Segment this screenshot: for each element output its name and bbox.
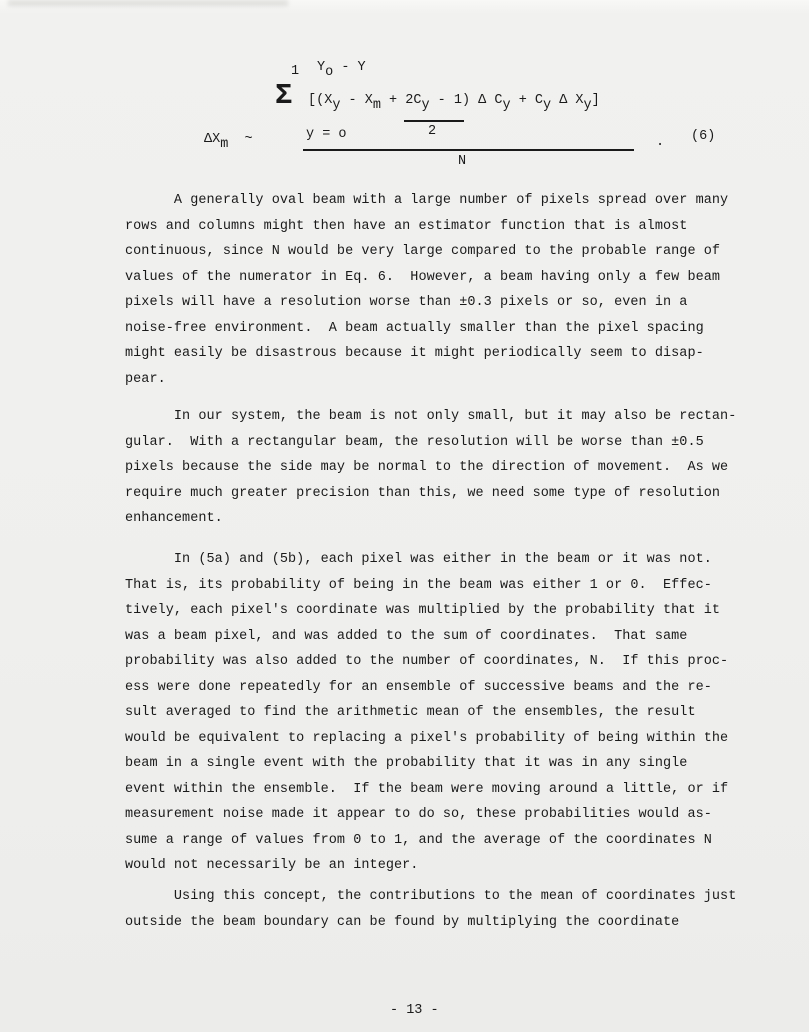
summand-text: [(X (308, 93, 332, 108)
text-line: require much greater precision than this… (125, 481, 736, 507)
text-line: In (5a) and (5b), each pixel was either … (125, 547, 728, 573)
fraction-bar-small (404, 120, 464, 122)
text-line: Using this concept, the contributions to… (125, 884, 736, 910)
summand-text: Δ X (551, 93, 583, 108)
summand-text: - X (340, 93, 372, 108)
summand-text: + (381, 93, 405, 108)
text-line: would be equivalent to replacing a pixel… (125, 726, 728, 752)
text-line: That is, its probability of being in the… (125, 573, 728, 599)
equation-summand: [(Xy - Xm + 2Cy - 1) Δ Cy + Cy Δ Xy] (308, 93, 600, 109)
text-line: beam in a single event with the probabil… (125, 751, 728, 777)
approx-tilde: ~ (245, 132, 253, 147)
equation-sum-lower-limit: y = o (306, 127, 347, 143)
text-line: ess were done repeatedly for an ensemble… (125, 675, 728, 701)
lhs-base: ΔX (204, 132, 220, 147)
text-line: continuous, since N would be very large … (125, 239, 728, 265)
text-line: outside the beam boundary can be found b… (125, 910, 736, 936)
fraction-bar-main (303, 149, 634, 151)
summation-sigma: Σ (275, 79, 292, 113)
text-line: A generally oval beam with a large numbe… (125, 188, 728, 214)
upper-limit-rest: - Y (333, 60, 365, 75)
text-line: probability was also added to the number… (125, 649, 728, 675)
text-line: values of the numerator in Eq. 6. Howeve… (125, 265, 728, 291)
paragraph-2: In our system, the beam is not only smal… (125, 404, 736, 532)
text-line: rows and columns might then have an esti… (125, 214, 728, 240)
document-page: 1 Yo - Y Σ [(Xy - Xm + 2Cy - 1) Δ Cy + C… (0, 0, 809, 1032)
subscript-y: y (584, 98, 592, 113)
text-line: enhancement. (125, 506, 736, 532)
text-line: pixels will have a resolution worse than… (125, 290, 728, 316)
text-line: sume a range of values from 0 to 1, and … (125, 828, 728, 854)
subscript-m: m (373, 98, 381, 113)
page-number: - 13 - (390, 998, 439, 1023)
equation-sum-superscript: 1 (291, 64, 299, 80)
fraction-denominator-N: N (458, 154, 466, 170)
equation-sum-upper-limit: Yo - Y (317, 60, 366, 76)
subscript-y: y (502, 98, 510, 113)
text-line: event within the ensemble. If the beam w… (125, 777, 728, 803)
text-line: In our system, the beam is not only smal… (125, 404, 736, 430)
text-line: measurement noise made it appear to do s… (125, 802, 728, 828)
subscript-y: y (421, 98, 429, 113)
subscript-y: y (543, 98, 551, 113)
summand-text: ] (592, 93, 600, 108)
lhs-subscript: m (220, 137, 228, 152)
subscript-y: y (332, 98, 340, 113)
equation-number: (6) (691, 129, 715, 145)
scan-artifact (8, 0, 288, 6)
summand-text: + C (511, 93, 543, 108)
text-line: pear. (125, 367, 728, 393)
paragraph-4: Using this concept, the contributions to… (125, 884, 736, 935)
text-line: would not necessarily be an integer. (125, 853, 728, 879)
fraction-numerator: 2C (405, 93, 421, 108)
fraction-denominator-2: 2 (428, 124, 436, 140)
equation-period: . (656, 135, 664, 151)
paragraph-1: A generally oval beam with a large numbe… (125, 188, 728, 392)
text-line: sult averaged to find the arithmetic mea… (125, 700, 728, 726)
text-line: was a beam pixel, and was added to the s… (125, 624, 728, 650)
text-line: pixels because the side may be normal to… (125, 455, 736, 481)
fraction-numerator: - 1 (430, 93, 462, 108)
text-line: gular. With a rectangular beam, the reso… (125, 430, 736, 456)
equation-lhs: ΔXm ~ (204, 132, 253, 148)
text-line: tively, each pixel's coordinate was mult… (125, 598, 728, 624)
lhs-spacer (228, 132, 244, 147)
paragraph-3: In (5a) and (5b), each pixel was either … (125, 547, 728, 879)
upper-limit-subscript: o (325, 65, 333, 80)
text-line: might easily be disastrous because it mi… (125, 341, 728, 367)
summand-text: ) Δ C (462, 93, 503, 108)
text-line: noise-free environment. A beam actually … (125, 316, 728, 342)
upper-limit-base: Y (317, 60, 325, 75)
